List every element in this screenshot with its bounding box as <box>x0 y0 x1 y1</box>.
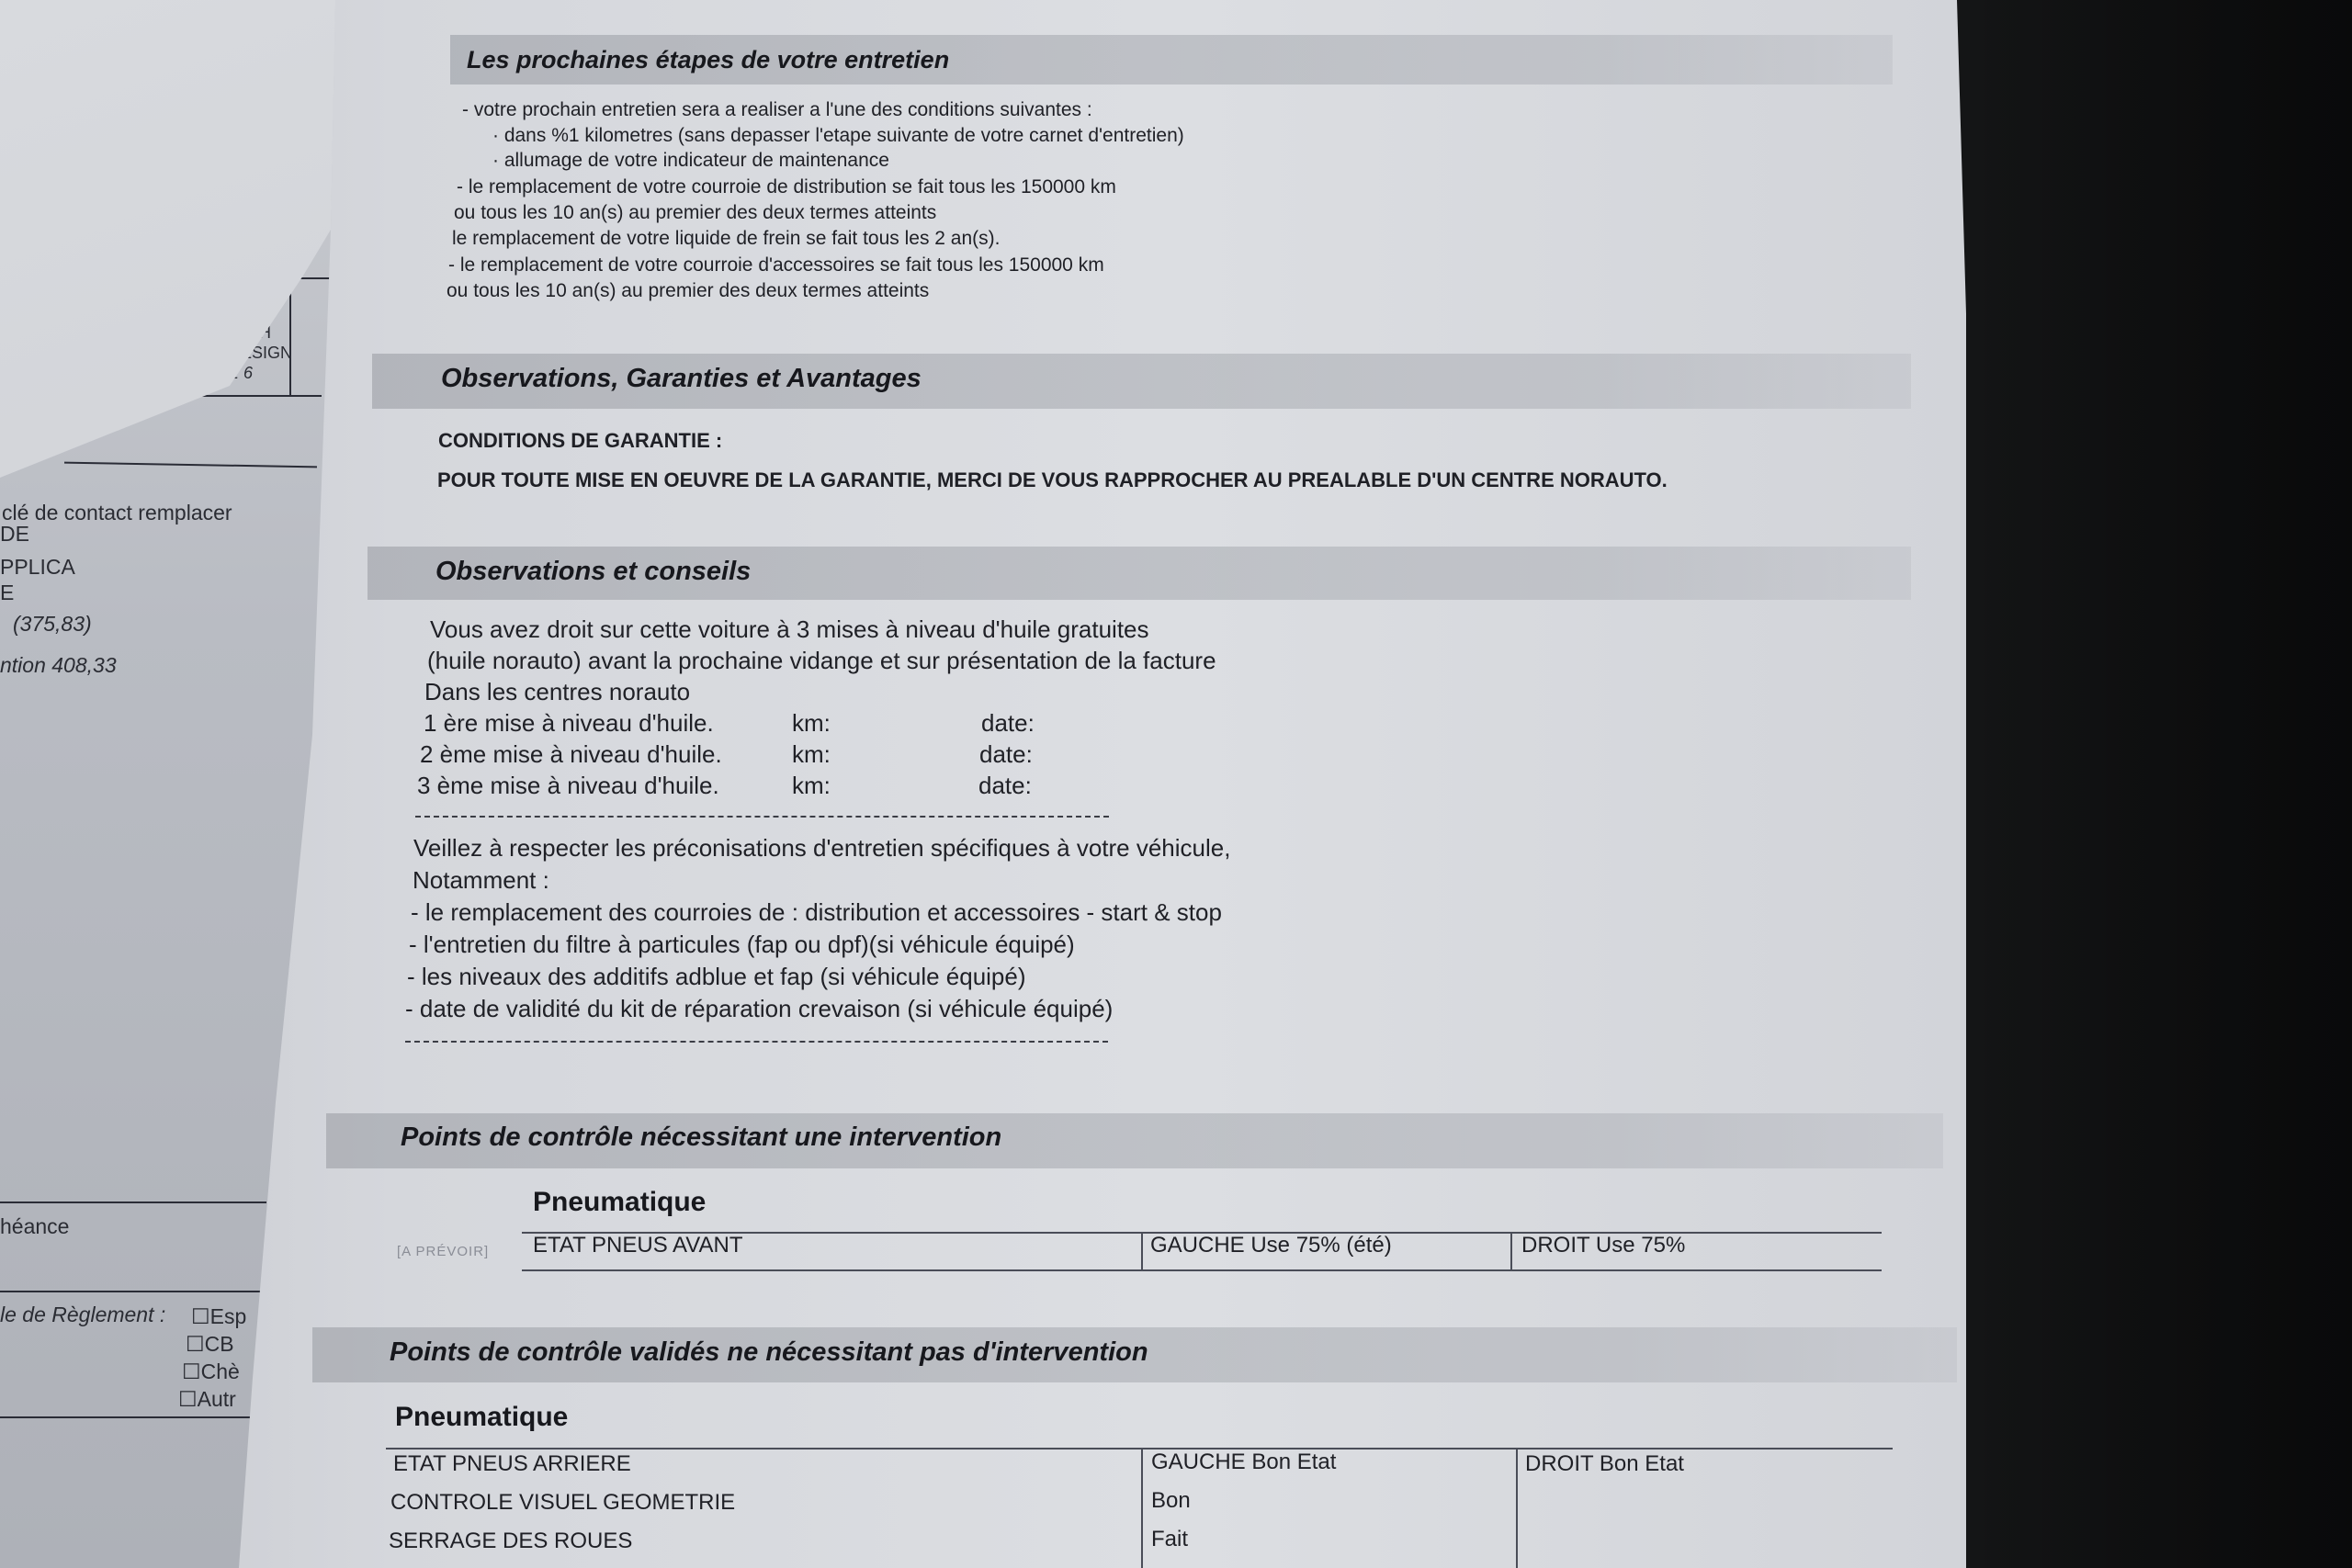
next-step-line: ou tous les 10 an(s) au premier des deux… <box>447 280 929 302</box>
payment-option[interactable]: ☐Chè <box>182 1359 240 1384</box>
underlying-line: E <box>0 581 14 605</box>
row-left-value: GAUCHE Use 75% (été) <box>1150 1233 1392 1258</box>
oil-topup-date: date: <box>981 709 1035 738</box>
row-left-value: Bon <box>1151 1488 1191 1514</box>
row-left-value: Fait <box>1151 1527 1188 1552</box>
next-step-line: le remplacement de votre liquide de frei… <box>452 228 1000 250</box>
underlying-amount: ntion 408,33 <box>0 653 117 678</box>
row-item: ETAT PNEUS ARRIERE <box>393 1451 631 1477</box>
recommendation-line: - l'entretien du filtre à particules (fa… <box>409 931 1075 959</box>
category-pneumatique: Pneumatique <box>395 1402 568 1433</box>
payment-label: le de Règlement : <box>0 1303 165 1327</box>
oil-topup-km: km: <box>792 772 831 800</box>
divider <box>0 1416 257 1418</box>
divider <box>0 1201 266 1203</box>
recommendation-line: - date de validité du kit de réparation … <box>405 995 1113 1023</box>
payment-option[interactable]: ☐Autr <box>178 1387 236 1412</box>
row-right-value: DROIT Bon Etat <box>1525 1451 1684 1477</box>
column-divider <box>1141 1450 1143 1568</box>
background-shadow <box>1957 0 2352 1568</box>
advice-intro-line: Vous avez droit sur cette voiture à 3 mi… <box>430 615 1149 644</box>
underlying-amount: (375,83) <box>13 612 92 637</box>
section-title-advice: Observations et conseils <box>435 557 751 587</box>
row-item: SERRAGE DES ROUES <box>389 1529 632 1554</box>
payment-option[interactable]: ☐Esp <box>191 1304 246 1329</box>
section-title-intervention: Points de contrôle nécessitant une inter… <box>401 1122 1001 1153</box>
column-divider <box>1510 1234 1512 1270</box>
advice-intro-line: Dans les centres norauto <box>424 678 690 706</box>
oil-topup-label: 3 ème mise à niveau d'huile. <box>417 772 719 800</box>
column-divider <box>1516 1450 1518 1568</box>
oil-topup-km: km: <box>792 709 831 738</box>
underlying-line: clé de contact remplacer <box>2 501 232 525</box>
echeance-label: héance <box>0 1214 69 1239</box>
oil-topup-date: date: <box>978 772 1032 800</box>
dashed-separator <box>405 1041 1108 1043</box>
table-rule <box>522 1269 1882 1271</box>
advice-intro-line: (huile norauto) avant la prochaine vidan… <box>427 647 1216 675</box>
next-step-line: - le remplacement de votre courroie de d… <box>457 176 1116 198</box>
dashed-separator <box>415 816 1109 818</box>
column-divider <box>1141 1234 1143 1270</box>
next-step-line: - le remplacement de votre courroie d'ac… <box>448 254 1104 276</box>
category-pneumatique: Pneumatique <box>533 1187 706 1218</box>
section-title-next-steps: Les prochaines étapes de votre entretien <box>467 46 949 74</box>
status-badge: [A PRÉVOIR] <box>397 1244 489 1259</box>
next-step-line: - votre prochain entretien sera a realis… <box>462 99 1092 121</box>
row-right-value: DROIT Use 75% <box>1521 1233 1685 1258</box>
table-rule <box>386 1448 1893 1450</box>
divider <box>0 1291 266 1292</box>
underlying-line: DE <box>0 522 29 547</box>
recommendation-line: - les niveaux des additifs adblue et fap… <box>407 963 1026 991</box>
oil-topup-label: 2 ème mise à niveau d'huile. <box>420 740 722 769</box>
oil-topup-date: date: <box>979 740 1033 769</box>
recommendation-line: Veillez à respecter les préconisations d… <box>413 834 1230 863</box>
row-item: CONTROLE VISUEL GEOMETRIE <box>390 1490 735 1516</box>
warranty-conditions-text: POUR TOUTE MISE EN OEUVRE DE LA GARANTIE… <box>437 468 1668 492</box>
recommendation-line: Notamment : <box>413 866 549 895</box>
next-step-line: · dans %1 kilometres (sans depasser l'et… <box>492 125 1184 147</box>
oil-topup-label: 1 ère mise à niveau d'huile. <box>424 709 714 738</box>
row-item: ETAT PNEUS AVANT <box>533 1233 743 1258</box>
next-step-line: · allumage de votre indicateur de mainte… <box>492 150 889 172</box>
warranty-conditions-label: CONDITIONS DE GARANTIE : <box>438 429 722 453</box>
section-title-validated: Points de contrôle validés ne nécessitan… <box>390 1337 1148 1368</box>
section-title-guarantees: Observations, Garanties et Avantages <box>441 364 922 394</box>
payment-option[interactable]: ☐CB <box>186 1332 234 1357</box>
oil-topup-km: km: <box>792 740 831 769</box>
recommendation-line: - le remplacement des courroies de : dis… <box>411 898 1222 927</box>
underlying-line: PPLICA <box>0 555 75 580</box>
row-left-value: GAUCHE Bon Etat <box>1151 1450 1336 1475</box>
divider <box>64 462 317 468</box>
next-step-line: ou tous les 10 an(s) au premier des deux… <box>454 202 936 224</box>
